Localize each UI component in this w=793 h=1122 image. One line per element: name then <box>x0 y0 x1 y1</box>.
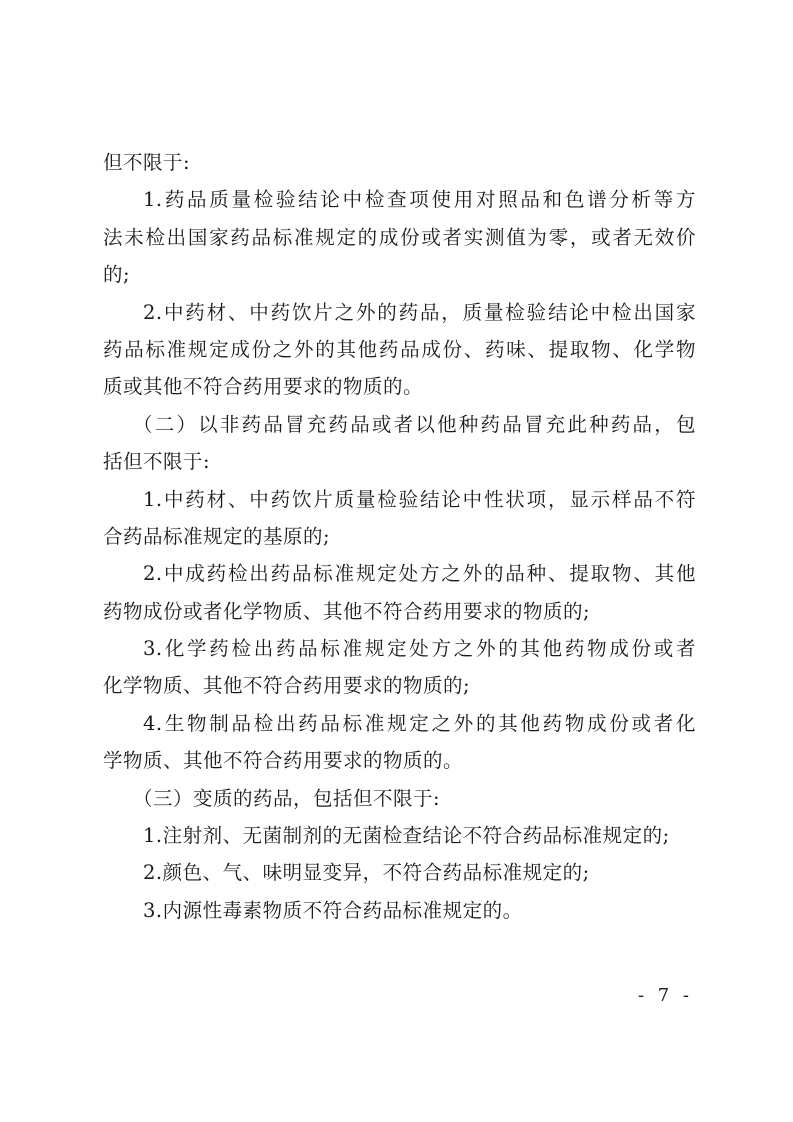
paragraph-item-3-3: 3.内源性毒素物质不符合药品标准规定的。 <box>103 892 696 929</box>
paragraph-item-1-2: 2.中药材、中药饮片之外的药品，质量检验结论中检出国家 药品标准规定成份之外的其… <box>103 294 696 406</box>
text-line: 4.生物制品检出药品标准规定之外的其他药物成份或者化 <box>103 705 696 742</box>
text-line: 药品标准规定成份之外的其他药品成份、药味、提取物、化学物 <box>103 331 696 368</box>
paragraph-item-2-2: 2.中成药检出药品标准规定处方之外的品种、提取物、其他 药物成份或者化学物质、其… <box>103 555 696 630</box>
text-line: 的; <box>103 256 696 293</box>
section-heading-2: （二）以非药品冒充药品或者以他种药品冒充此种药品，包 括但不限于: <box>103 406 696 481</box>
text-line: 2.中成药检出药品标准规定处方之外的品种、提取物、其他 <box>103 555 696 592</box>
text-line: 3.化学药检出药品标准规定处方之外的其他药物成份或者 <box>103 630 696 667</box>
text-line: 质或其他不符合药用要求的物质的。 <box>103 368 696 405</box>
text-line: 法未检出国家药品标准规定的成份或者实测值为零，或者无效价 <box>103 219 696 256</box>
text-line: 2.颜色、气、味明显变异，不符合药品标准规定的; <box>103 854 696 891</box>
document-page: 但不限于: 1.药品质量检验结论中检查项使用对照品和色谱分析等方 法未检出国家药… <box>0 0 793 1122</box>
paragraph-item-3-1: 1.注射剂、无菌制剂的无菌检查结论不符合药品标准规定的; <box>103 817 696 854</box>
text-line: 学物质、其他不符合药用要求的物质的。 <box>103 742 696 779</box>
text-line: 但不限于: <box>103 144 696 181</box>
text-line: 括但不限于: <box>103 443 696 480</box>
text-line: 1.注射剂、无菌制剂的无菌检查结论不符合药品标准规定的; <box>103 817 696 854</box>
text-line: 化学物质、其他不符合药用要求的物质的; <box>103 667 696 704</box>
text-line: 药物成份或者化学物质、其他不符合药用要求的物质的; <box>103 593 696 630</box>
text-line: 合药品标准规定的基原的; <box>103 518 696 555</box>
text-line: 3.内源性毒素物质不符合药品标准规定的。 <box>103 892 696 929</box>
paragraph-item-1-1: 1.药品质量检验结论中检查项使用对照品和色谱分析等方 法未检出国家药品标准规定的… <box>103 181 696 293</box>
section-heading-3: （三）变质的药品，包括但不限于: <box>103 780 696 817</box>
page-number: - 7 - <box>638 985 693 1006</box>
text-line: （二）以非药品冒充药品或者以他种药品冒充此种药品，包 <box>103 406 696 443</box>
text-line: 1.中药材、中药饮片质量检验结论中性状项，显示样品不符 <box>103 481 696 518</box>
text-line: （三）变质的药品，包括但不限于: <box>103 780 696 817</box>
paragraph-item-3-2: 2.颜色、气、味明显变异，不符合药品标准规定的; <box>103 854 696 891</box>
document-body: 但不限于: 1.药品质量检验结论中检查项使用对照品和色谱分析等方 法未检出国家药… <box>103 144 696 929</box>
paragraph-item-2-3: 3.化学药检出药品标准规定处方之外的其他药物成份或者 化学物质、其他不符合药用要… <box>103 630 696 705</box>
text-line: 1.药品质量检验结论中检查项使用对照品和色谱分析等方 <box>103 181 696 218</box>
paragraph-item-2-1: 1.中药材、中药饮片质量检验结论中性状项，显示样品不符 合药品标准规定的基原的; <box>103 481 696 556</box>
paragraph-item-2-4: 4.生物制品检出药品标准规定之外的其他药物成份或者化 学物质、其他不符合药用要求… <box>103 705 696 780</box>
text-line: 2.中药材、中药饮片之外的药品，质量检验结论中检出国家 <box>103 294 696 331</box>
paragraph-continuation: 但不限于: <box>103 144 696 181</box>
